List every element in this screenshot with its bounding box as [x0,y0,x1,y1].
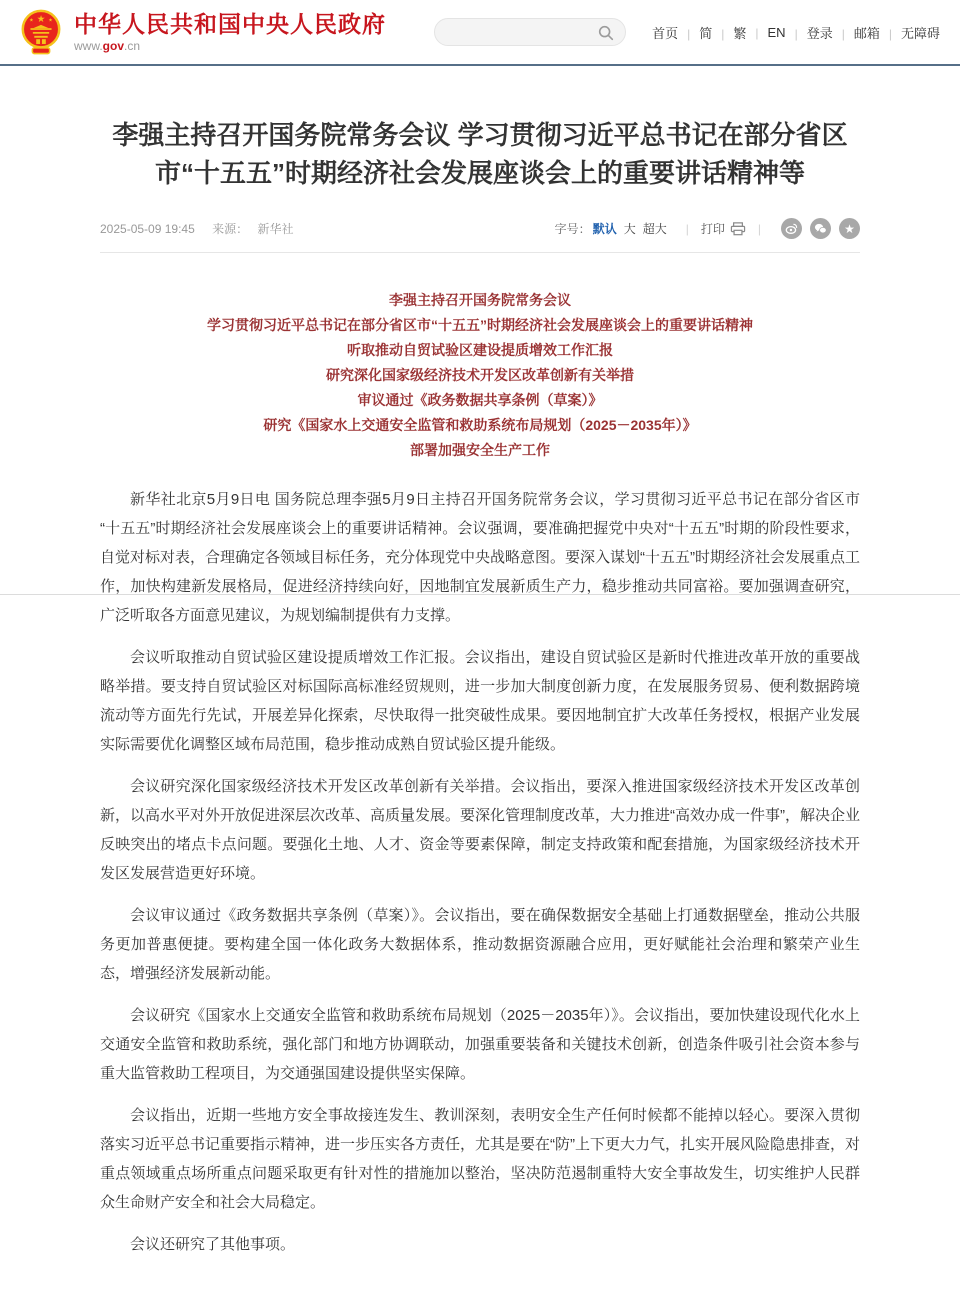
divider: | [758,222,761,236]
nav-link[interactable]: 首页 [652,23,678,42]
meeting-topics: 李强主持召开国务院常务会议学习贯彻习近平总书记在部分省区市“十五五”时期经济社会… [100,288,860,463]
article-title: 李强主持召开国务院常务会议 学习贯彻习近平总书记在部分省区市“十五五”时期经济社… [100,116,860,192]
printer-icon [730,222,746,236]
article-meta-bar: 2025-05-09 19:45 来源： 新华社 字号： 默认大超大 | 打印 … [100,218,860,253]
publish-datetime: 2025-05-09 19:45 [100,222,195,236]
share-wechat-icon[interactable] [810,218,831,239]
nav-link[interactable]: 繁 [712,23,746,42]
topic-line: 听取推动自贸试验区建设提质增效工作汇报 [100,338,860,363]
site-branding[interactable]: ★ ★ ★ 中华人民共和国中央人民政府 www.gov.cn [18,8,386,56]
topic-line: 研究《国家水上交通安全监管和救助系统布局规划（2025－2035年）》 [100,413,860,438]
nav-link[interactable]: 无障碍 [880,23,940,42]
article-paragraph: 新华社北京5月9日电 国务院总理李强5月9日主持召开国务院常务会议，学习贯彻习近… [100,485,860,630]
header-nav: 首页简繁EN登录邮箱无障碍 [652,23,940,42]
topic-line: 部署加强安全生产工作 [100,438,860,463]
search-box [434,18,626,46]
share-weibo-icon[interactable] [781,218,802,239]
article: 李强主持召开国务院常务会议 学习贯彻习近平总书记在部分省区市“十五五”时期经济社… [100,66,860,1312]
source-label: 来源： [212,222,248,236]
article-paragraph: 会议研究《国家水上交通安全监管和救助系统布局规划（2025－2035年）》。会议… [100,1001,860,1088]
svg-text:★: ★ [29,17,33,23]
topic-line: 研究深化国家级经济技术开发区改革创新有关举措 [100,363,860,388]
font-size-options: 默认大超大 [593,220,674,237]
favorite-star-icon[interactable]: ★ [839,218,860,239]
divider: | [686,222,689,236]
site-url: www.gov.cn [74,39,386,53]
topic-line: 李强主持召开国务院常务会议 [100,288,860,313]
nav-link[interactable]: EN [746,25,785,40]
site-header: ★ ★ ★ 中华人民共和国中央人民政府 www.gov.cn [0,0,960,64]
article-body: 新华社北京5月9日电 国务院总理李强5月9日主持召开国务院常务会议，学习贯彻习近… [100,485,860,1312]
article-paragraph: 会议审议通过《政务数据共享条例（草案）》。会议指出，要在确保数据安全基础上打通数… [100,901,860,988]
article-paragraph: 会议还研究了其他事项。 [100,1230,860,1259]
topic-line: 审议通过《政务数据共享条例（草案）》 [100,388,860,413]
print-button[interactable]: 打印 [701,220,746,237]
nav-link[interactable]: 邮箱 [833,23,880,42]
nav-link[interactable]: 简 [678,23,712,42]
share-buttons: ★ [773,218,860,239]
font-size-label: 字号： [555,220,591,237]
font-size-option[interactable]: 大 [624,220,636,237]
svg-text:★: ★ [48,17,52,23]
article-paragraph: 会议听取推动自贸试验区建设提质增效工作汇报。会议指出，建设自贸试验区是新时代推进… [100,643,860,759]
article-paragraph: 会议研究深化国家级经济技术开发区改革创新有关举措。会议指出，要深入推进国家级经济… [100,772,860,888]
topic-line: 学习贯彻习近平总书记在部分省区市“十五五”时期经济社会发展座谈会上的重要讲话精神 [100,313,860,338]
national-emblem-icon: ★ ★ ★ [18,8,64,56]
nav-link[interactable]: 登录 [786,23,833,42]
site-title: 中华人民共和国中央人民政府 [74,11,386,37]
search-icon[interactable] [595,22,617,44]
font-size-option[interactable]: 默认 [593,220,617,237]
svg-text:★: ★ [37,14,46,25]
article-paragraph: 会议指出，近期一些地方安全事故接连发生、教训深刻，表明安全生产任何时候都不能掉以… [100,1101,860,1217]
source-name[interactable]: 新华社 [257,222,293,236]
font-size-option[interactable]: 超大 [643,220,667,237]
